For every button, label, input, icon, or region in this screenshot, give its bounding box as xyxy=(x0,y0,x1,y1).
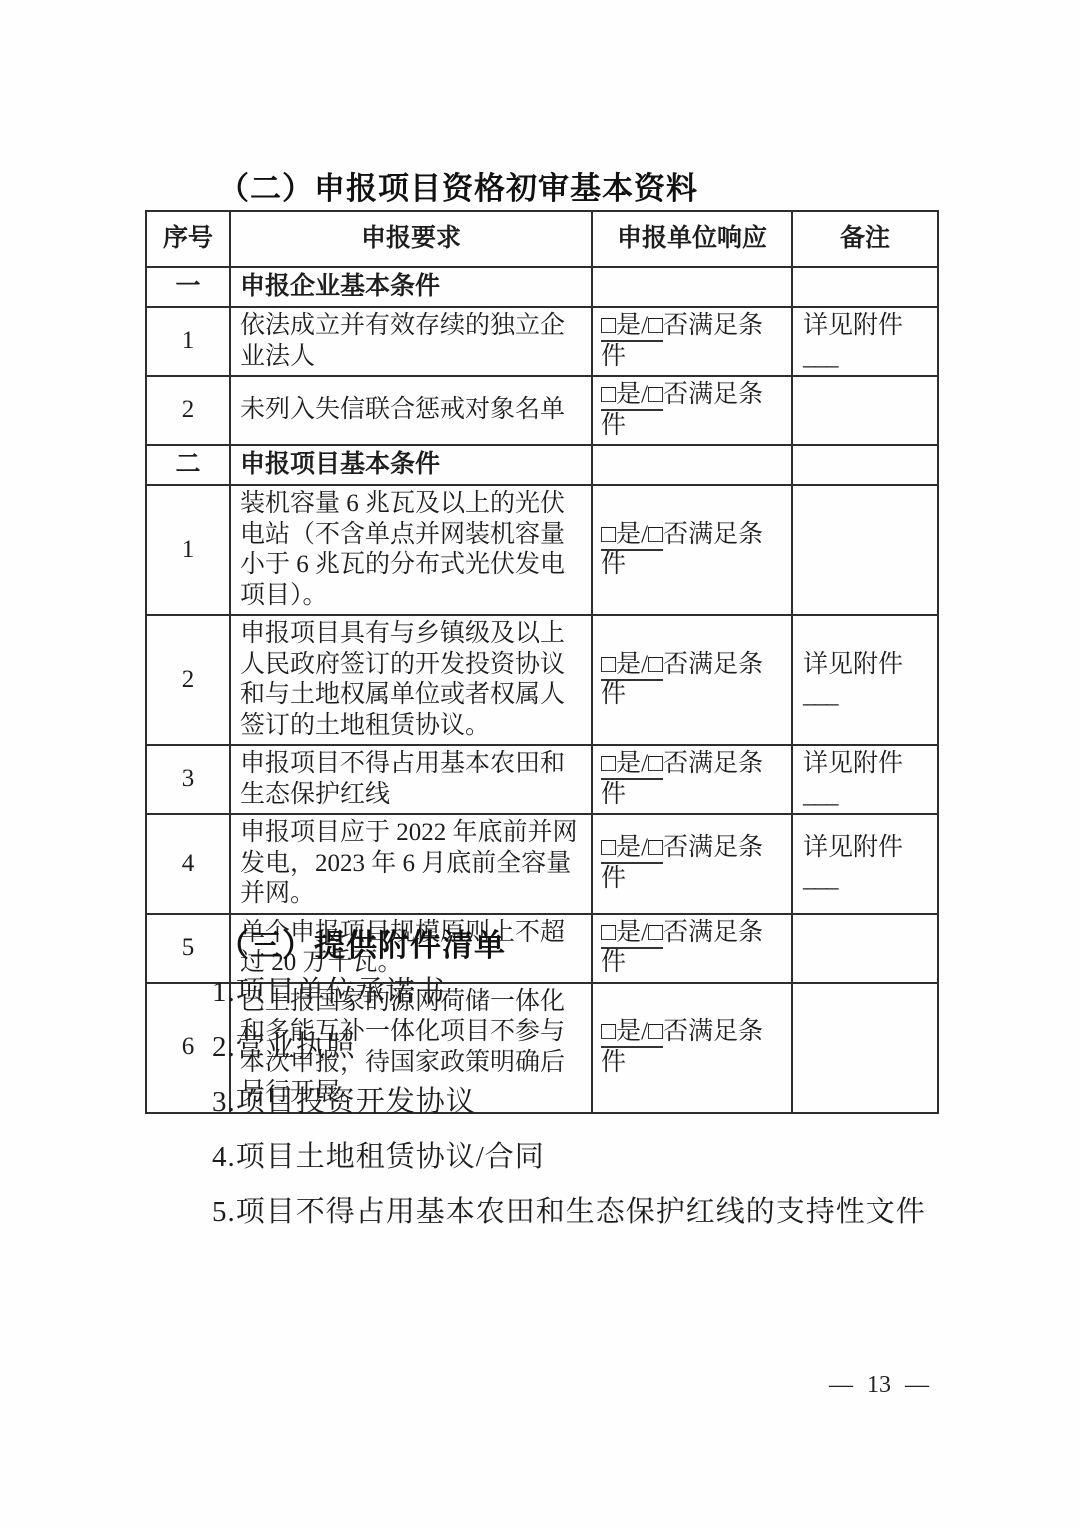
table-row: 1 装机容量 6 兆瓦及以上的光伏电站（不含单点并网装机容量小于 6 兆瓦的分布… xyxy=(146,485,938,615)
blank-line: ___ xyxy=(803,343,838,370)
header-note: 备注 xyxy=(792,211,938,267)
header-no: 序号 xyxy=(146,211,230,267)
table-row: 二 申报项目基本条件 xyxy=(146,445,938,485)
table-row: 一 申报企业基本条件 xyxy=(146,267,938,307)
table-header-row: 序号 申报要求 申报单位响应 备注 xyxy=(146,211,938,267)
note-text: 详见附件 xyxy=(803,750,903,777)
requirement-cell: 申报企业基本条件 xyxy=(230,267,592,307)
table-row: 3 申报项目不得占用基本农田和生态保护红线 □是/□否满足条件 详见附件___ xyxy=(146,745,938,814)
response-cell: □是/□否满足条件 xyxy=(592,615,792,745)
note-cell xyxy=(792,445,938,485)
note-cell xyxy=(792,485,938,615)
table-row: 2 未列入失信联合惩戒对象名单 □是/□否满足条件 xyxy=(146,376,938,445)
requirement-cell: 申报项目应于 2022 年底前并网发电，2023 年 6 月底前全容量并网。 xyxy=(230,814,592,914)
checkbox-yes-no: □是/□ xyxy=(601,312,663,342)
list-item: 4.项目土地租赁协议/合同 xyxy=(212,1143,972,1172)
section3-heading: （三）提供附件清单 xyxy=(218,920,506,965)
blank-line: ___ xyxy=(803,865,838,892)
row-number-cell: 二 xyxy=(146,445,230,485)
requirement-cell: 申报项目不得占用基本农田和生态保护红线 xyxy=(230,745,592,814)
response-cell: □是/□否满足条件 xyxy=(592,485,792,615)
list-item: 1.项目单位承诺书 xyxy=(212,978,972,1007)
row-number-cell: 一 xyxy=(146,267,230,307)
row-number-cell: 2 xyxy=(146,376,230,445)
section2-heading: （二）申报项目资格初审基本资料 xyxy=(218,163,698,208)
checkbox-yes-no: □是/□ xyxy=(601,834,663,864)
response-cell: □是/□否满足条件 xyxy=(592,914,792,983)
response-cell xyxy=(592,445,792,485)
footer-dash-left: — xyxy=(829,1372,853,1398)
note-cell xyxy=(792,376,938,445)
note-text: 详见附件 xyxy=(803,312,903,339)
note-cell: 详见附件___ xyxy=(792,615,938,745)
checkbox-yes-no: □是/□ xyxy=(601,521,663,551)
response-cell: □是/□否满足条件 xyxy=(592,376,792,445)
footer-dash-right: — xyxy=(905,1372,929,1398)
response-cell: □是/□否满足条件 xyxy=(592,307,792,376)
requirement-cell: 申报项目具有与乡镇级及以上人民政府签订的开发投资协议和与土地权属单位或者权属人签… xyxy=(230,615,592,745)
checkbox-yes-no: □是/□ xyxy=(601,750,663,780)
response-cell xyxy=(592,267,792,307)
requirement-cell: 依法成立并有效存续的独立企业法人 xyxy=(230,307,592,376)
requirement-cell: 未列入失信联合惩戒对象名单 xyxy=(230,376,592,445)
header-requirement: 申报要求 xyxy=(230,211,592,267)
row-number-cell: 1 xyxy=(146,485,230,615)
blank-line: ___ xyxy=(803,681,838,708)
list-item: 5.项目不得占用基本农田和生态保护红线的支持性文件 xyxy=(212,1198,972,1227)
list-item: 3.项目投资开发协议 xyxy=(212,1088,972,1117)
note-text: 详见附件 xyxy=(803,651,903,678)
row-number-cell: 1 xyxy=(146,307,230,376)
document-page: （二）申报项目资格初审基本资料 序号 申报要求 申报单位响应 备注 一 申报企业… xyxy=(0,0,1080,1527)
note-cell: 详见附件___ xyxy=(792,307,938,376)
row-number-cell: 3 xyxy=(146,745,230,814)
checkbox-yes-no: □是/□ xyxy=(601,651,663,681)
response-cell: □是/□否满足条件 xyxy=(592,814,792,914)
page-footer: —13— xyxy=(815,1372,943,1399)
checkbox-yes-no: □是/□ xyxy=(601,919,663,949)
row-number-cell: 2 xyxy=(146,615,230,745)
response-cell: □是/□否满足条件 xyxy=(592,745,792,814)
attachment-list: 1.项目单位承诺书 2.营业执照 3.项目投资开发协议 4.项目土地租赁协议/合… xyxy=(212,978,972,1253)
requirement-cell: 装机容量 6 兆瓦及以上的光伏电站（不含单点并网装机容量小于 6 兆瓦的分布式光… xyxy=(230,485,592,615)
table-row: 2 申报项目具有与乡镇级及以上人民政府签订的开发投资协议和与土地权属单位或者权属… xyxy=(146,615,938,745)
blank-line: ___ xyxy=(803,781,838,808)
list-item: 2.营业执照 xyxy=(212,1033,972,1062)
row-number-cell: 4 xyxy=(146,814,230,914)
header-response: 申报单位响应 xyxy=(592,211,792,267)
note-text: 详见附件 xyxy=(803,834,903,861)
note-cell: 详见附件___ xyxy=(792,814,938,914)
table-row: 4 申报项目应于 2022 年底前并网发电，2023 年 6 月底前全容量并网。… xyxy=(146,814,938,914)
requirement-cell: 申报项目基本条件 xyxy=(230,445,592,485)
note-cell xyxy=(792,914,938,983)
note-cell: 详见附件___ xyxy=(792,745,938,814)
page-number: 13 xyxy=(867,1372,891,1398)
table-row: 1 依法成立并有效存续的独立企业法人 □是/□否满足条件 详见附件___ xyxy=(146,307,938,376)
checkbox-yes-no: □是/□ xyxy=(601,381,663,411)
note-cell xyxy=(792,267,938,307)
